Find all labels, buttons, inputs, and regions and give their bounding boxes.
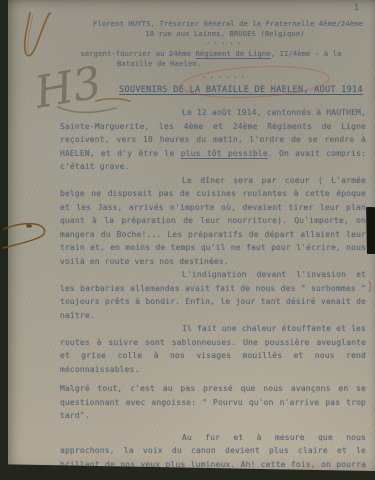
paragraph-1: Le 12 août 1914, cantonnés à HAUTHEM, Sa… xyxy=(60,106,366,174)
page-number: 1 xyxy=(354,3,359,12)
header-byline: Florent HUYTS, Trésorier Général de la F… xyxy=(78,19,375,28)
paper-sheet: 1 Florent HUYTS, Trésorier Général de la… xyxy=(8,0,375,471)
paragraph-3: L'indignation devant l'invasion et les b… xyxy=(60,268,366,322)
header-unit-prefix: sergent-fourrier au 24ème xyxy=(80,49,195,58)
paragraph-6: Au fur et à mesure que nous approchons, … xyxy=(60,431,366,480)
separator-dots-1: ..... xyxy=(75,37,375,46)
header-battle-line: Bataille de Haelen. xyxy=(117,59,201,68)
underlined-phrase: plus tôt possible xyxy=(181,149,268,158)
paragraph-4: Il fait une chaleur étouffante et les ro… xyxy=(60,322,366,376)
document-title: SOUVENIRS DE LA BATAILLE DE HAELEN, AOUT… xyxy=(91,85,375,95)
header-unit-suffix: , II/4ème - à la xyxy=(271,49,342,58)
body-text: Le 12 août 1914, cantonnés à HAUTHEM, Sa… xyxy=(60,106,366,480)
paragraph-2: Le dîner sera par coeur ( L'armée belge … xyxy=(60,174,366,269)
separator-dots-2: ...... xyxy=(75,71,375,80)
header-unit-line: sergent-fourrier au 24ème Régiment de Li… xyxy=(61,49,361,58)
header-unit-underlined: Régiment de Ligne xyxy=(196,49,271,58)
paragraph-5: Malgré tout, c'est au pas pressé que nou… xyxy=(60,382,366,423)
scanned-document: 1 Florent HUYTS, Trésorier Général de la… xyxy=(0,0,375,480)
